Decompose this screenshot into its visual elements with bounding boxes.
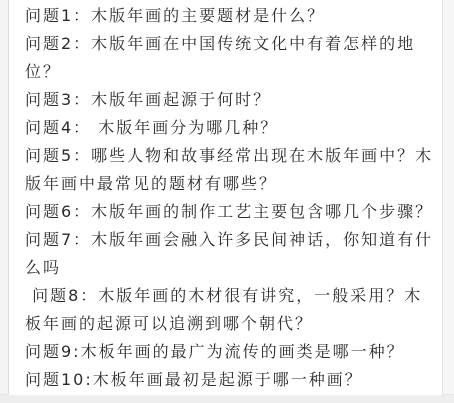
question-list: 问题1：木版年画的主要题材是什么？ 问题2：木版年画在中国传统文化中有着怎样的地… (9, 0, 442, 395)
question-item-6: 问题6：木版年画的制作工艺主要包含哪几个步骤？ (25, 198, 438, 226)
question-item-4: 问题4： 木版年画分为哪几种？ (25, 114, 438, 142)
page-right-margin (442, 0, 454, 403)
question-item-9: 问题9:木板年画的最广为流传的画类是哪一种？ (25, 338, 438, 366)
question-item-2: 问题2：木版年画在中国传统文化中有着怎样的地位？ (25, 30, 438, 86)
page-left-margin (0, 0, 9, 403)
question-item-5: 问题5：哪些人物和故事经常出现在木版年画中？木版年画中最常见的题材有哪些？ (25, 142, 438, 198)
document-page: 问题1：木版年画的主要题材是什么？ 问题2：木版年画在中国传统文化中有着怎样的地… (0, 0, 454, 403)
question-item-10: 问题10:木板年画最初是起源于哪一种画？ (25, 366, 438, 394)
question-item-1: 问题1：木版年画的主要题材是什么？ (25, 2, 438, 30)
question-item-7: 问题7：木版年画会融入许多民间神话，你知道有什么吗 (25, 226, 438, 282)
page-bottom-margin (0, 394, 454, 403)
question-item-3: 问题3：木版年画起源于何时？ (25, 86, 438, 114)
question-item-8: 问题8：木版年画的木材很有讲究，一般采用？木板年画的起源可以追溯到哪个朝代？ (25, 282, 438, 338)
